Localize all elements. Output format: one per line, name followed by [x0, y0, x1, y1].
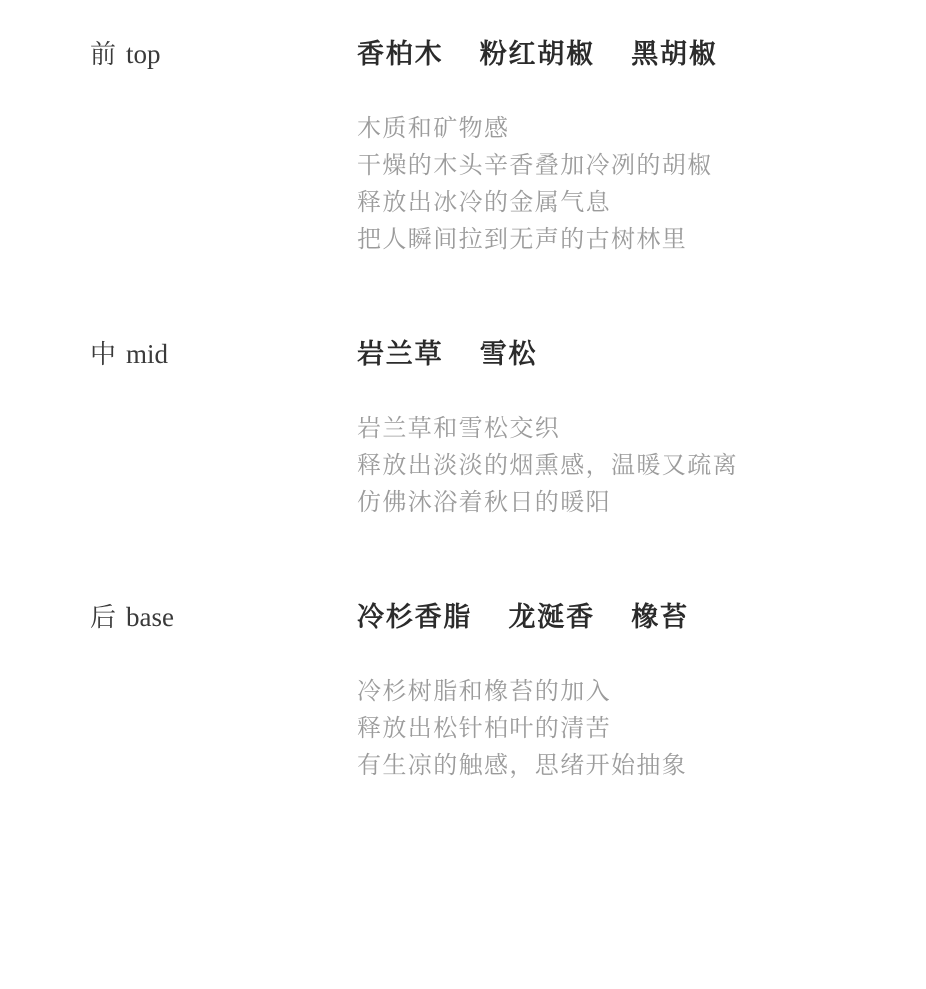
description-line: 冷杉树脂和橡苔的加入	[357, 673, 886, 710]
section-label-zh: 中	[90, 339, 117, 369]
section-label-zh: 前	[90, 39, 117, 69]
notes-row-top: 香柏木 粉红胡椒 黑胡椒	[357, 34, 886, 74]
section-label-zh: 后	[90, 602, 117, 632]
description-line: 释放出冰冷的金属气息	[357, 184, 886, 221]
description-base: 冷杉树脂和橡苔的加入 释放出松针柏叶的清苦 有生凉的触感，思绪开始抽象	[357, 673, 886, 784]
description-line: 把人瞬间拉到无声的古树林里	[357, 221, 886, 258]
description-line: 释放出松针柏叶的清苦	[357, 710, 886, 747]
description-top: 木质和矿物感 干燥的木头辛香叠加冷冽的胡椒 释放出冰冷的金属气息 把人瞬间拉到无…	[357, 110, 886, 258]
note-name: 冷杉香脂	[357, 602, 472, 632]
description-line: 释放出淡淡的烟熏感，温暖又疏离	[357, 447, 886, 484]
note-name: 黑胡椒	[631, 39, 717, 69]
note-name: 雪松	[480, 339, 538, 369]
description-line: 岩兰草和雪松交织	[357, 410, 886, 447]
description-line: 干燥的木头辛香叠加冷冽的胡椒	[357, 147, 886, 184]
note-name: 龙涎香	[509, 602, 595, 632]
section-label-en: top	[126, 39, 161, 69]
description-line: 有生凉的触感，思绪开始抽象	[357, 747, 886, 784]
notes-row-mid: 岩兰草 雪松	[357, 334, 886, 374]
section-label-en: mid	[126, 339, 168, 369]
section-base-notes: 后base 冷杉香脂 龙涎香 橡苔 冷杉树脂和橡苔的加入 释放出松针柏叶的清苦 …	[90, 597, 886, 784]
section-top-notes: 前top 香柏木 粉红胡椒 黑胡椒 木质和矿物感 干燥的木头辛香叠加冷冽的胡椒 …	[90, 34, 886, 258]
section-label-top: 前top	[90, 34, 357, 74]
notes-row-base: 冷杉香脂 龙涎香 橡苔	[357, 597, 886, 637]
note-name: 粉红胡椒	[480, 39, 595, 69]
fragrance-notes-page: 前top 香柏木 粉红胡椒 黑胡椒 木质和矿物感 干燥的木头辛香叠加冷冽的胡椒 …	[0, 0, 926, 989]
section-mid-notes: 中mid 岩兰草 雪松 岩兰草和雪松交织 释放出淡淡的烟熏感，温暖又疏离 仿佛沐…	[90, 334, 886, 521]
section-label-mid: 中mid	[90, 334, 357, 374]
note-name: 香柏木	[357, 39, 443, 69]
section-label-base: 后base	[90, 597, 357, 637]
section-content-top: 香柏木 粉红胡椒 黑胡椒 木质和矿物感 干燥的木头辛香叠加冷冽的胡椒 释放出冰冷…	[357, 34, 886, 258]
section-label-en: base	[126, 602, 174, 632]
description-line: 仿佛沐浴着秋日的暖阳	[357, 484, 886, 521]
note-name: 橡苔	[631, 602, 689, 632]
description-line: 木质和矿物感	[357, 110, 886, 147]
note-name: 岩兰草	[357, 339, 443, 369]
description-mid: 岩兰草和雪松交织 释放出淡淡的烟熏感，温暖又疏离 仿佛沐浴着秋日的暖阳	[357, 410, 886, 521]
section-content-base: 冷杉香脂 龙涎香 橡苔 冷杉树脂和橡苔的加入 释放出松针柏叶的清苦 有生凉的触感…	[357, 597, 886, 784]
section-content-mid: 岩兰草 雪松 岩兰草和雪松交织 释放出淡淡的烟熏感，温暖又疏离 仿佛沐浴着秋日的…	[357, 334, 886, 521]
